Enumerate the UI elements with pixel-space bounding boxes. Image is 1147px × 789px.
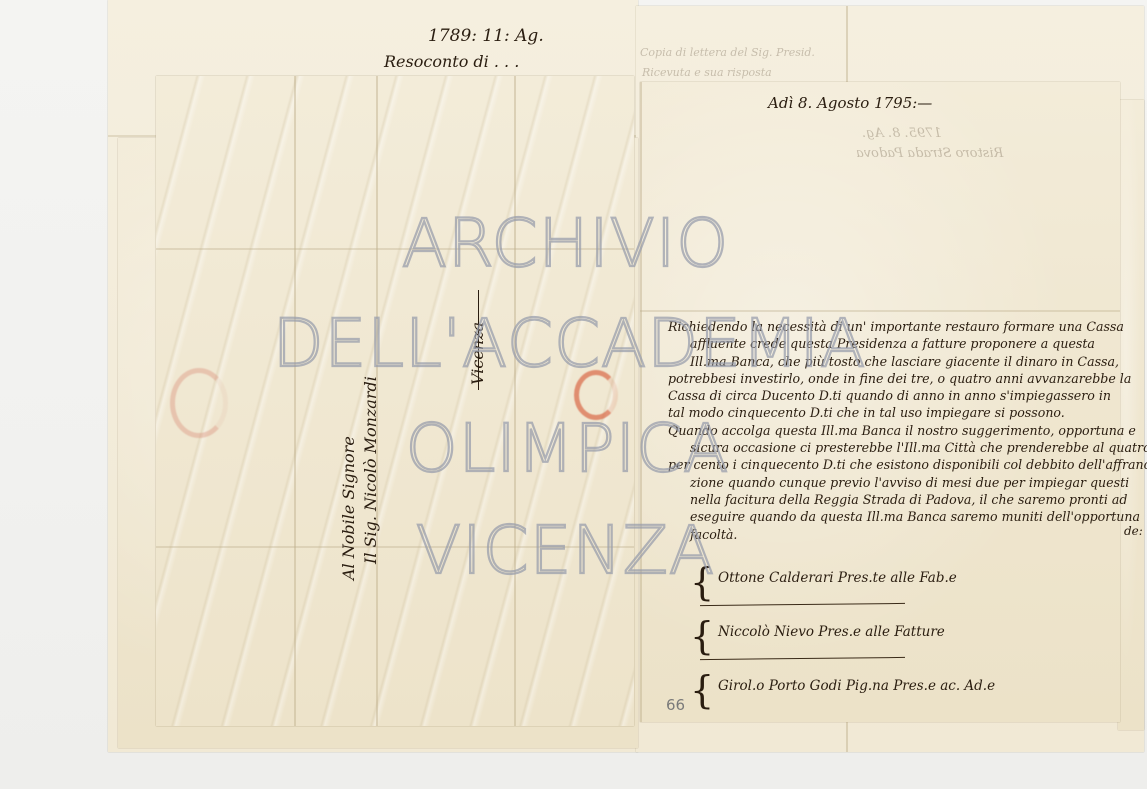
reverse-note-2: Ristoro Strada Padova xyxy=(856,146,1003,161)
body-line: nella facitura della Reggia Strada di Pa… xyxy=(668,491,1138,508)
reverse-note-1: 1795. 8. Ag. xyxy=(862,126,942,141)
body-line: Richiedendo la necessità di un' importan… xyxy=(668,318,1138,335)
signature-name: Girol.o Porto Godi Pig.na Pres.e ac. Ad.… xyxy=(718,678,995,694)
brace-mark: { xyxy=(690,560,714,604)
folio-number: 66 xyxy=(666,696,685,714)
wax-seal-trace-center xyxy=(574,370,618,420)
faint-note-2: Ricevuta e sua risposta xyxy=(642,66,772,79)
body-line: potrebbesi investirlo, onde in fine dei … xyxy=(668,370,1138,387)
body-line: eseguire quando da questa Ill.ma Banca s… xyxy=(668,508,1138,525)
brace-mark: { xyxy=(690,668,714,712)
body-line: zione quando cunque previo l'avviso di m… xyxy=(668,474,1138,491)
body-line: facoltà. xyxy=(668,526,1138,543)
city-underline xyxy=(478,290,479,390)
docket-partial: Resoconto di . . . xyxy=(384,52,519,71)
letter-dateline: Adì 8. Agosto 1795:— xyxy=(768,94,932,112)
brace-mark: { xyxy=(690,614,714,658)
body-line: Cassa di circa Ducento D.ti quando di an… xyxy=(668,387,1138,404)
body-line: tal modo cinquecento D.ti che in tal uso… xyxy=(668,404,1138,421)
address-line-1: Al Nobile Signore xyxy=(338,376,360,580)
body-line: per cento i cinquecento D.ti che esiston… xyxy=(668,456,1138,473)
body-line: affluente crede questa Presidenza a fatt… xyxy=(668,335,1138,352)
docket-date: 1789: 11: Ag. xyxy=(428,26,544,46)
body-line: Quando accolga questa Ill.ma Banca il no… xyxy=(668,422,1138,439)
wax-seal-trace-left xyxy=(170,368,228,438)
body-line: Ill.ma Banca, che più tosto che lasciare… xyxy=(668,353,1138,370)
signature-name: Ottone Calderari Pres.te alle Fab.e xyxy=(718,570,957,586)
margin-note: de: xyxy=(1124,524,1143,538)
letter-body: Richiedendo la necessità di un' importan… xyxy=(668,318,1138,543)
signature-name: Niccolò Nievo Pres.e alle Fatture xyxy=(718,624,945,640)
address-line-2: Il Sig. Nicolò Monzardi xyxy=(360,376,382,580)
body-line: sicura occasione ci presterebbe l'Ill.ma… xyxy=(668,439,1138,456)
address-block: Al Nobile Signore Il Sig. Nicolò Monzard… xyxy=(338,376,382,580)
faint-note-1: Copia di lettera del Sig. Presid. xyxy=(640,46,815,59)
